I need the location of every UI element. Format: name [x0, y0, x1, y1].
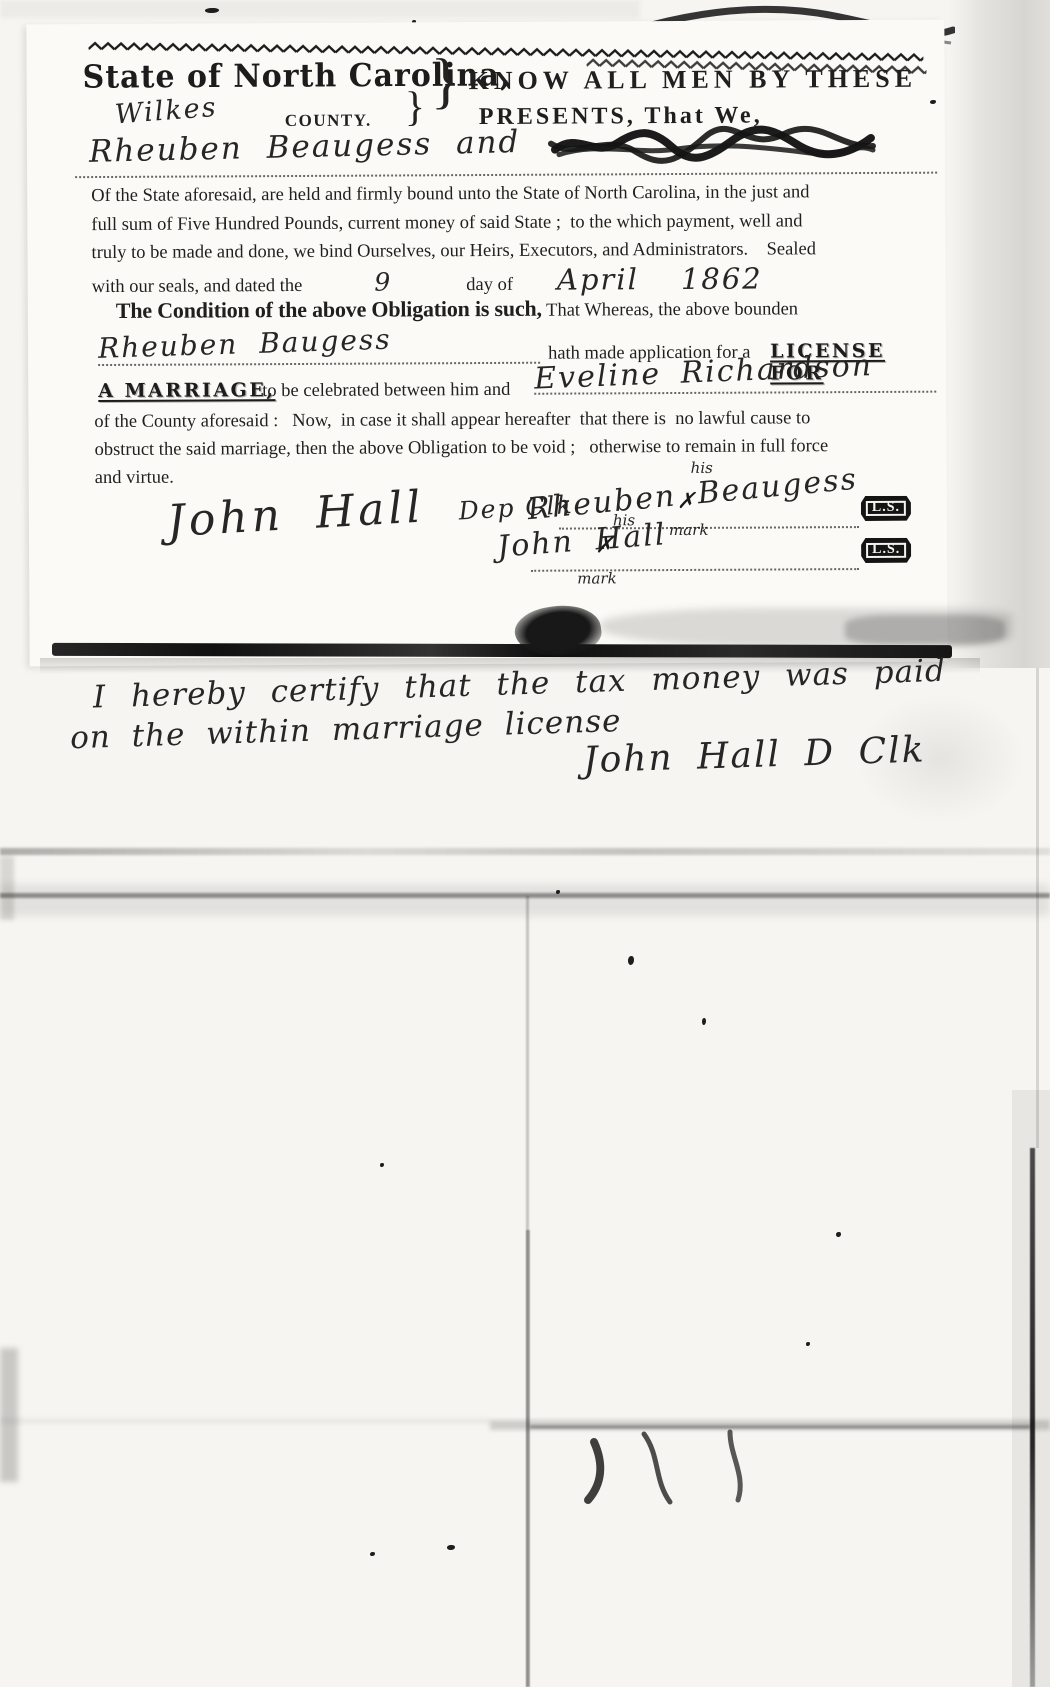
applicant-underline: Rheuben Baugess — [98, 326, 540, 366]
year-handwritten: 1862 — [681, 261, 763, 295]
bride-handwritten: Eveline Richardson — [534, 348, 874, 397]
paragraph-line: with our seals, and dated the — [92, 275, 303, 296]
a-marriage-caps: A MARRIAGE, — [98, 379, 275, 402]
brace-glyph: } — [405, 86, 425, 128]
speck — [628, 956, 634, 965]
applicant-handwritten: Rheuben Baugess — [98, 323, 393, 365]
between-text: to be celebrated between him and — [262, 380, 510, 402]
his-mark-x: ✗ — [595, 533, 614, 558]
day-handwritten: 9 — [374, 267, 390, 296]
fold-crease-horizontal — [0, 1418, 490, 1424]
paragraph-line: truly to be made and done, we bind Ourse… — [91, 235, 943, 268]
fold-crease-horizontal — [0, 848, 1050, 855]
stain — [845, 615, 1005, 645]
struck-name-scribble — [547, 122, 887, 166]
stain — [0, 1348, 18, 1482]
speck — [836, 1232, 841, 1237]
speck — [702, 1018, 706, 1025]
ink-streak-marks — [580, 1428, 820, 1506]
fold-crease-smudge — [0, 884, 1050, 916]
fold-crease-vertical — [526, 1230, 530, 1687]
county-name-handwritten: Wilkes — [114, 92, 219, 131]
speck — [370, 1552, 375, 1556]
paper-edge-line — [1030, 1148, 1035, 1687]
condition-rest: That Whereas, the above bounden — [542, 299, 798, 320]
bride-underline: Eveline Richardson — [534, 354, 936, 395]
dotted-rule — [75, 170, 937, 179]
month-handwritten: April — [557, 262, 639, 296]
paper-shading-top — [0, 0, 640, 18]
obligors-handwritten: Rheuben Beaugess and — [89, 124, 521, 170]
paper-shading-right — [948, 0, 1050, 668]
paragraph-line: Of the State aforesaid, are held and fir… — [91, 178, 943, 211]
signature-dotted-rule — [531, 566, 859, 572]
seal-ls: L.S. — [861, 496, 911, 521]
closing-line: of the County aforesaid : Now, in case i… — [94, 404, 946, 436]
know-all-men-line: KNOW ALL MEN BY THESE — [469, 64, 918, 96]
speck — [447, 1545, 455, 1550]
speck — [380, 1163, 384, 1167]
brace-glyph: } — [430, 50, 460, 112]
closing-line: obstruct the said marriage, then the abo… — [94, 432, 946, 464]
speck — [806, 1342, 810, 1346]
seal-ls: L.S. — [861, 538, 911, 563]
his-mark-x: ✗ — [677, 489, 696, 514]
condition-lead: The Condition of the above Obligation is… — [116, 294, 946, 324]
obligation-paragraph: Of the State aforesaid, are held and fir… — [91, 178, 944, 301]
mark-annotation: mark — [669, 521, 709, 539]
day-of-label: day of — [466, 274, 513, 294]
document-scan: State of North Carolina, } KNOW ALL MEN … — [0, 0, 1050, 1687]
fold-crease-horizontal — [0, 893, 1050, 898]
mark-annotation: mark — [577, 569, 617, 587]
bond-form-sheet: State of North Carolina, } KNOW ALL MEN … — [26, 20, 947, 667]
condition-bold: The Condition of the above Obligation is… — [116, 296, 542, 323]
paragraph-line: full sum of Five Hundred Pounds, current… — [91, 206, 943, 239]
